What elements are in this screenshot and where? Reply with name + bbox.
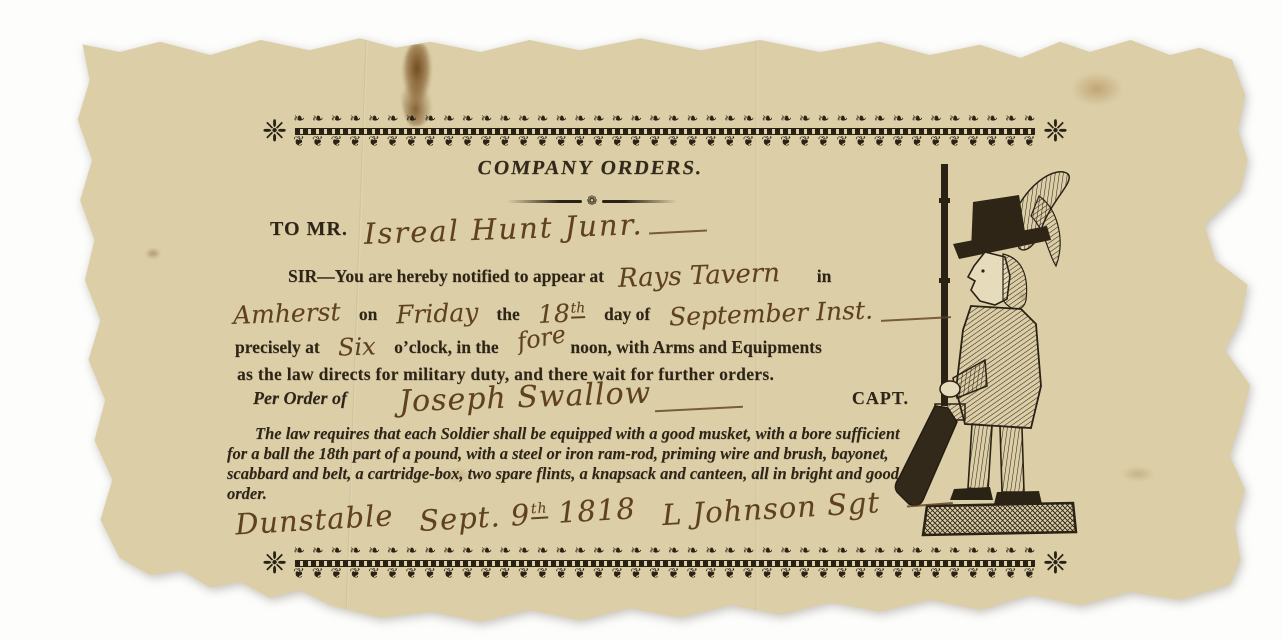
printed-text: noon, with Arms and Equipments bbox=[570, 337, 821, 357]
hour-handwritten: Six bbox=[338, 332, 377, 361]
notification-line-2: Amherst on Friday the 18th day of Septem… bbox=[233, 299, 951, 328]
soldier-leg bbox=[968, 424, 992, 490]
addressee-line: TO MR. Isreal Hunt Junr. bbox=[270, 218, 707, 246]
ornamental-border-top: ❈ ❧❧❧❧❧❧❧❧❧❧❧❧❧❧❧❧❧❧❧❧❧❧❧❧❧❧❧❧❧❧❧❧❧❧❧❧❧❧… bbox=[262, 113, 1068, 150]
printed-text: SIR—You are hereby notified to appear at bbox=[288, 266, 604, 286]
soldier-coat bbox=[956, 306, 1041, 428]
printed-text: precisely at bbox=[235, 337, 320, 357]
notification-line-3: precisely at Six o’clock, in the fore no… bbox=[235, 333, 822, 361]
document-title: COMPANY ORDERS. bbox=[438, 157, 741, 180]
ornament-swirl-row: ❦❦❦❦❦❦❦❦❦❦❦❦❦❦❦❦❦❦❦❦❦❦❦❦❦❦❦❦❦❦❦❦❦❦❦❦❦❦❦❦ bbox=[293, 568, 1037, 582]
ornament-rule bbox=[295, 560, 1035, 567]
soldier-hand bbox=[940, 381, 960, 397]
ornament-swirl-row: ❧❧❧❧❧❧❧❧❧❧❧❧❧❧❧❧❧❧❧❧❧❧❧❧❧❧❧❧❧❧❧❧❧❧❧❧❧❧❧❧ bbox=[293, 113, 1037, 127]
signature-flourish bbox=[655, 405, 743, 412]
ornament-swirl-row: ❧❧❧❧❧❧❧❧❧❧❧❧❧❧❧❧❧❧❧❧❧❧❧❧❧❧❧❧❧❧❧❧❧❧❧❧❧❧❧❧ bbox=[293, 545, 1037, 559]
day-suffix: th bbox=[570, 300, 585, 319]
fleuron-icon: ❈ bbox=[1043, 117, 1068, 147]
ornament-band-middle: ❧❧❧❧❧❧❧❧❧❧❧❧❧❧❧❧❧❧❧❧❧❧❧❧❧❧❧❧❧❧❧❧❧❧❧❧❧❧❧❧… bbox=[293, 113, 1037, 150]
fleuron-icon: ❈ bbox=[1043, 549, 1068, 579]
dateline-place: Dunstable bbox=[234, 498, 394, 541]
notification-line-1: SIR—You are hereby notified to appear at… bbox=[288, 266, 831, 291]
stain-top-right bbox=[1071, 72, 1123, 106]
stain-left bbox=[145, 248, 161, 259]
addressee-name-handwritten: Isreal Hunt Junr. bbox=[363, 207, 644, 251]
per-order-label: Per Order of bbox=[253, 388, 347, 409]
signature-line: Per Order of Joseph Swallow CAPT. bbox=[253, 388, 909, 415]
paper-shadow: ❈ ❧❧❧❧❧❧❧❧❧❧❧❧❧❧❧❧❧❧❧❧❧❧❧❧❧❧❧❧❧❧❧❧❧❧❧❧❧❧… bbox=[0, 0, 1283, 640]
divider-line bbox=[602, 200, 677, 203]
fleuron-icon: ❈ bbox=[262, 549, 287, 579]
soldier-shoe bbox=[950, 487, 993, 500]
ornament-band-middle: ❧❧❧❧❧❧❧❧❧❧❧❧❧❧❧❧❧❧❧❧❧❧❧❧❧❧❧❧❧❧❧❧❧❧❧❧❧❧❧❧… bbox=[293, 545, 1037, 582]
rosette-icon: ❁ bbox=[587, 195, 598, 208]
printed-text: o’clock, in the bbox=[394, 337, 499, 357]
ornamental-border-bottom: ❈ ❧❧❧❧❧❧❧❧❧❧❧❧❧❧❧❧❧❧❧❧❧❧❧❧❧❧❧❧❧❧❧❧❧❧❧❧❧❧… bbox=[262, 545, 1068, 582]
month-handwritten: September Inst. bbox=[668, 295, 873, 331]
printed-text: the bbox=[496, 304, 519, 324]
place-handwritten: Rays Tavern bbox=[618, 258, 781, 294]
town-handwritten: Amherst bbox=[233, 297, 341, 330]
document-scan: ❈ ❧❧❧❧❧❧❧❧❧❧❧❧❧❧❧❧❧❧❧❧❧❧❧❧❧❧❧❧❧❧❧❧❧❧❧❧❧❧… bbox=[0, 0, 1283, 640]
ornament-swirl-row: ❦❦❦❦❦❦❦❦❦❦❦❦❦❦❦❦❦❦❦❦❦❦❦❦❦❦❦❦❦❦❦❦❦❦❦❦❦❦❦❦ bbox=[293, 136, 1037, 150]
fleuron-icon: ❈ bbox=[262, 117, 287, 147]
captain-label: CAPT. bbox=[852, 388, 909, 409]
soldier-shoe bbox=[994, 491, 1042, 504]
ornament-rule bbox=[295, 128, 1035, 135]
name-flourish bbox=[649, 229, 707, 234]
printed-text: in bbox=[817, 266, 832, 286]
month-flourish bbox=[881, 316, 951, 322]
paper-sheet: ❈ ❧❧❧❧❧❧❧❧❧❧❧❧❧❧❧❧❧❧❧❧❧❧❧❧❧❧❧❧❧❧❧❧❧❧❧❧❧❧… bbox=[55, 28, 1250, 628]
soldier-hair bbox=[1003, 254, 1027, 309]
divider-line bbox=[507, 200, 582, 203]
captain-signature-handwritten: Joseph Swallow bbox=[398, 376, 651, 420]
stain-bottom-right bbox=[1121, 466, 1155, 482]
title-divider: ❁ bbox=[507, 195, 677, 208]
weekday-handwritten: Friday bbox=[395, 298, 478, 330]
soldier-leg bbox=[1000, 426, 1024, 492]
printed-text: day of bbox=[604, 304, 650, 324]
dateline-flourish bbox=[906, 502, 952, 508]
addressee-label: TO MR. bbox=[270, 218, 348, 241]
printed-text: on bbox=[359, 304, 377, 324]
